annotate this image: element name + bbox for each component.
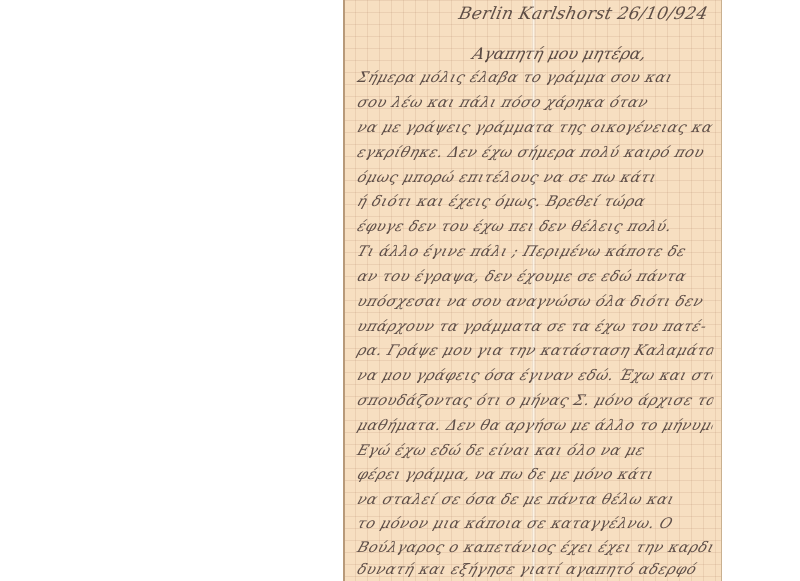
letter-date-header: Berlin Karlshorst 26/10/924 <box>457 4 710 24</box>
letter-page: Berlin Karlshorst 26/10/924 Αγαπητή μου … <box>343 0 722 581</box>
letter-line: υπάρχουν τα γράμματα σε τα έχω του πατέ- <box>354 319 715 339</box>
letter-line: να σταλεί σε όσα δε με πάντα θέλω και <box>354 492 715 512</box>
letter-line: να με γράψεις γράμματα της οικογένειας κ… <box>354 120 715 140</box>
letter-line: ή διότι και έχεις όμως. Βρεθεί τώρα <box>354 194 715 214</box>
letter-line: Σήμερα μόλις έλαβα το γράμμα σου και <box>354 70 715 90</box>
letter-line: εγκρίθηκε. Δεν έχω σήμερα πολύ καιρό που <box>354 145 715 165</box>
letter-line: όμως μπορώ επιτέλους να σε πω κάτι <box>354 170 715 190</box>
letter-line: Εγώ έχω εδώ δε είναι και όλο να με <box>354 443 715 463</box>
letter-line: φέρει γράμμα, να πω δε με μόνο κάτι <box>354 467 715 487</box>
letter-line: το μόνον μια κάποια σε καταγγέλνω. Ο <box>354 516 715 536</box>
letter-line: δυνατή και εξήγησε γιατί αγαπητό αδερφό <box>354 562 715 581</box>
letter-line: να μου γράφεις όσα έγιναν εδώ. Έχω και σ… <box>354 368 715 388</box>
letter-line: μαθήματα. Δεν θα αργήσω με άλλο το μήνυμ… <box>354 418 715 438</box>
letter-line: έφυγε δεν του έχω πει δεν θέλεις πολύ. <box>354 219 715 239</box>
letter-line: σπουδάζοντας ότι ο μήνας Σ. μόνο άρχισε … <box>354 393 715 413</box>
letter-line: Βούλγαρος ο καπετάνιος έχει έχει την καρ… <box>354 540 715 560</box>
letter-salutation: Αγαπητή μου μητέρα, <box>470 44 648 63</box>
letter-line: αν του έγραψα, δεν έχουμε σε εδώ πάντα <box>354 269 715 289</box>
letter-line: ρα. Γράψε μου για την κατάσταση Καλαμάτα… <box>354 343 715 363</box>
letter-line: σου λέω και πάλι πόσο χάρηκα όταν <box>354 95 715 115</box>
letter-line: Τι άλλο έγινε πάλι ; Περιμένω κάποτε δε <box>354 244 715 264</box>
letter-line: υπόσχεσαι να σου αναγνώσω όλα διότι δεν <box>354 294 715 314</box>
page-edge <box>343 0 345 581</box>
